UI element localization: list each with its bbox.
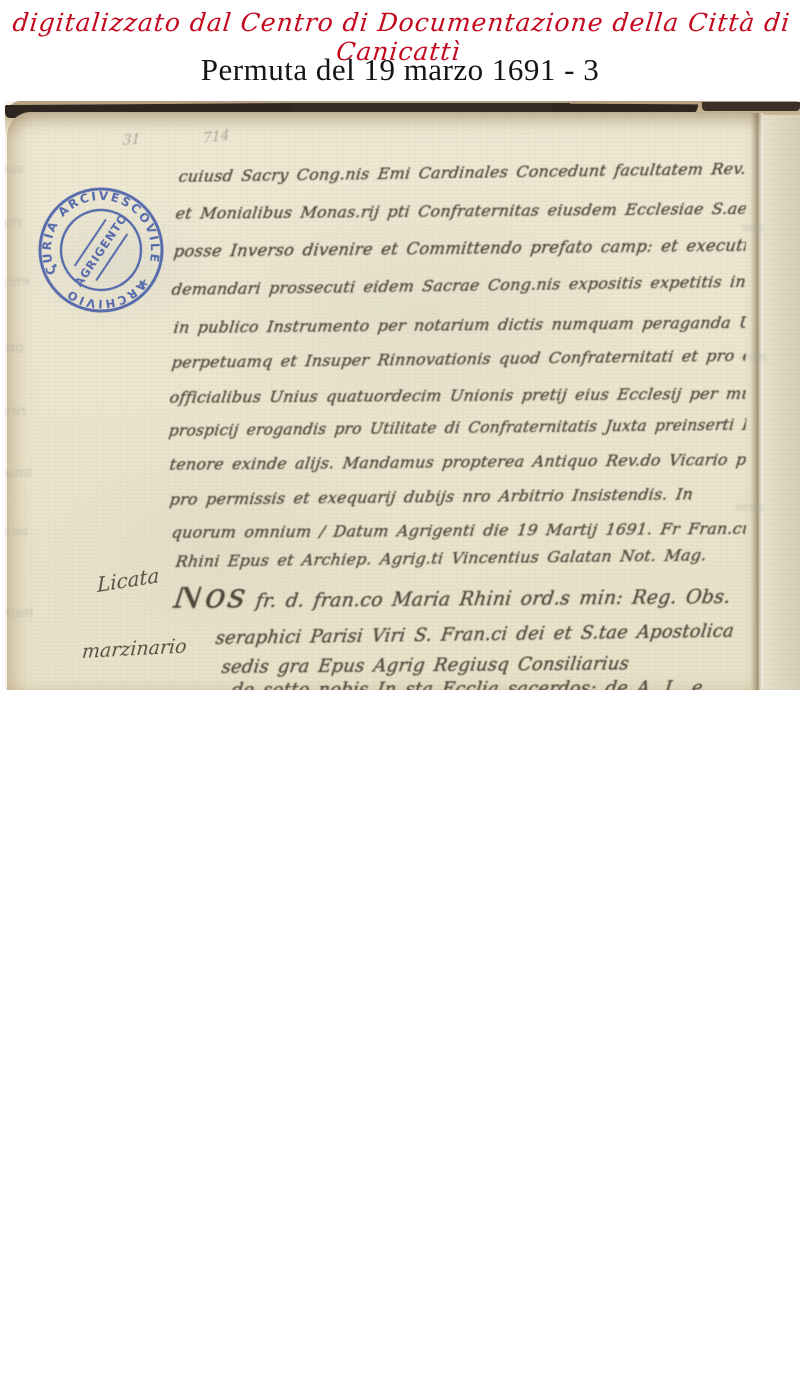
manuscript-line: de sotto nobis In sta Ecclia sacerdos: d… <box>230 677 747 690</box>
manuscript-line: quorum omnium / Datum Agrigenti die 19 M… <box>170 519 747 542</box>
document-scan: CURIA ARCIVESCOVILE ARCHIVIO · + AGRIGEN… <box>5 101 800 690</box>
page-binding-crease <box>751 113 763 690</box>
scan-dark-edge <box>702 102 800 111</box>
manuscript-line: Nos fr. d. fran.co Maria Rhini ord.s min… <box>172 582 747 613</box>
adjacent-page-strip <box>763 115 800 690</box>
stamp-center-text: AGRIGENTO <box>71 211 130 289</box>
page-title: Permuta del 19 marzo 1691 - 3 <box>0 52 800 88</box>
archive-stamp: CURIA ARCIVESCOVILE ARCHIVIO · + AGRIGEN… <box>31 180 172 321</box>
manuscript-line: officialibus Unius quatuordecim Unionis … <box>168 384 747 407</box>
pencil-mark: 31 <box>122 131 140 149</box>
stamp-separator-dot: · <box>51 256 58 275</box>
bleedthrough-line: nse <box>740 220 765 236</box>
manuscript-initial: Nos <box>172 582 250 613</box>
